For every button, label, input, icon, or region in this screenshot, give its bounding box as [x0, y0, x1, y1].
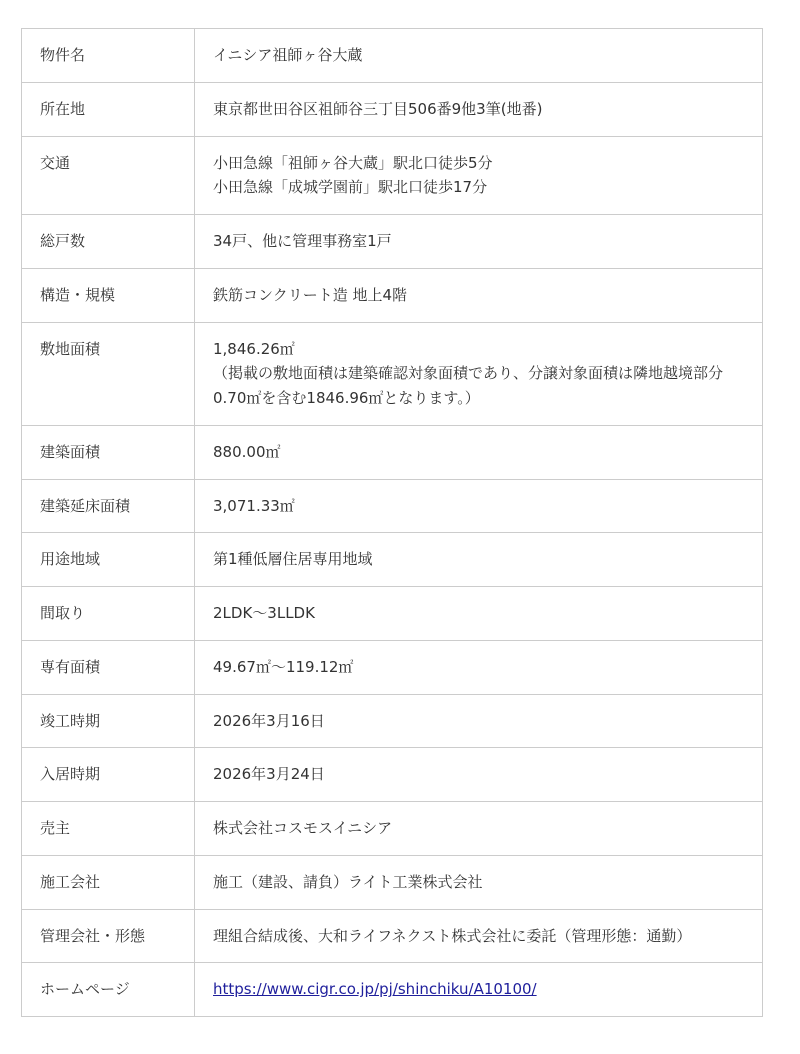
- table-row: 竣工時期2026年3月16日: [22, 694, 763, 748]
- row-label: 間取り: [22, 587, 195, 641]
- row-value: 鉄筋コンクリート造 地上4階: [195, 268, 763, 322]
- row-value: イニシア祖師ヶ谷大蔵: [195, 29, 763, 83]
- row-label: 売主: [22, 802, 195, 856]
- row-value: 1,846.26㎡ （掲載の敷地面積は建築確認対象面積であり、分譲対象面積は隣地…: [195, 322, 763, 425]
- row-value: https://www.cigr.co.jp/pj/shinchiku/A101…: [195, 963, 763, 1017]
- property-spec-table-container: 物件名イニシア祖師ヶ谷大蔵所在地東京都世田谷区祖師谷三丁目506番9他3筆(地番…: [21, 28, 763, 1017]
- row-value: 東京都世田谷区祖師谷三丁目506番9他3筆(地番): [195, 82, 763, 136]
- row-label: 入居時期: [22, 748, 195, 802]
- table-row: 入居時期2026年3月24日: [22, 748, 763, 802]
- row-label: 交通: [22, 136, 195, 215]
- row-value: 第1種低層住居専用地域: [195, 533, 763, 587]
- row-label: 竣工時期: [22, 694, 195, 748]
- table-row: 専有面積49.67㎡〜119.12㎡: [22, 640, 763, 694]
- row-label: 敷地面積: [22, 322, 195, 425]
- row-label: ホームページ: [22, 963, 195, 1017]
- row-value: 株式会社コスモスイニシア: [195, 802, 763, 856]
- table-row: 管理会社・形態理組合結成後、大和ライフネクスト株式会社に委託（管理形態：通勤）: [22, 909, 763, 963]
- table-row: 総戸数34戸、他に管理事務室1戸: [22, 215, 763, 269]
- row-value: 小田急線「祖師ヶ谷大蔵」駅北口徒歩5分 小田急線「成城学園前」駅北口徒歩17分: [195, 136, 763, 215]
- row-label: 管理会社・形態: [22, 909, 195, 963]
- row-label: 建築延床面積: [22, 479, 195, 533]
- row-value: 施工（建設、請負）ライト工業株式会社: [195, 855, 763, 909]
- table-row: 交通小田急線「祖師ヶ谷大蔵」駅北口徒歩5分 小田急線「成城学園前」駅北口徒歩17…: [22, 136, 763, 215]
- table-row: 物件名イニシア祖師ヶ谷大蔵: [22, 29, 763, 83]
- row-label: 用途地域: [22, 533, 195, 587]
- table-row: 所在地東京都世田谷区祖師谷三丁目506番9他3筆(地番): [22, 82, 763, 136]
- table-row: 用途地域第1種低層住居専用地域: [22, 533, 763, 587]
- row-value: 2LDK〜3LLDK: [195, 587, 763, 641]
- property-spec-table-body: 物件名イニシア祖師ヶ谷大蔵所在地東京都世田谷区祖師谷三丁目506番9他3筆(地番…: [22, 29, 763, 1017]
- row-value: 49.67㎡〜119.12㎡: [195, 640, 763, 694]
- table-row: 建築面積880.00㎡: [22, 425, 763, 479]
- row-label: 総戸数: [22, 215, 195, 269]
- row-label: 施工会社: [22, 855, 195, 909]
- row-value: 3,071.33㎡: [195, 479, 763, 533]
- row-value: 理組合結成後、大和ライフネクスト株式会社に委託（管理形態：通勤）: [195, 909, 763, 963]
- table-row: 施工会社施工（建設、請負）ライト工業株式会社: [22, 855, 763, 909]
- property-spec-table: 物件名イニシア祖師ヶ谷大蔵所在地東京都世田谷区祖師谷三丁目506番9他3筆(地番…: [21, 28, 763, 1017]
- table-row: ホームページhttps://www.cigr.co.jp/pj/shinchik…: [22, 963, 763, 1017]
- row-label: 所在地: [22, 82, 195, 136]
- row-label: 専有面積: [22, 640, 195, 694]
- table-row: 売主株式会社コスモスイニシア: [22, 802, 763, 856]
- table-row: 構造・規模鉄筋コンクリート造 地上4階: [22, 268, 763, 322]
- row-label: 建築面積: [22, 425, 195, 479]
- row-value: 880.00㎡: [195, 425, 763, 479]
- homepage-link[interactable]: https://www.cigr.co.jp/pj/shinchiku/A101…: [213, 980, 537, 998]
- row-label: 物件名: [22, 29, 195, 83]
- row-value: 2026年3月16日: [195, 694, 763, 748]
- row-value: 2026年3月24日: [195, 748, 763, 802]
- table-row: 建築延床面積3,071.33㎡: [22, 479, 763, 533]
- row-value: 34戸、他に管理事務室1戸: [195, 215, 763, 269]
- table-row: 間取り2LDK〜3LLDK: [22, 587, 763, 641]
- table-row: 敷地面積1,846.26㎡ （掲載の敷地面積は建築確認対象面積であり、分譲対象面…: [22, 322, 763, 425]
- row-label: 構造・規模: [22, 268, 195, 322]
